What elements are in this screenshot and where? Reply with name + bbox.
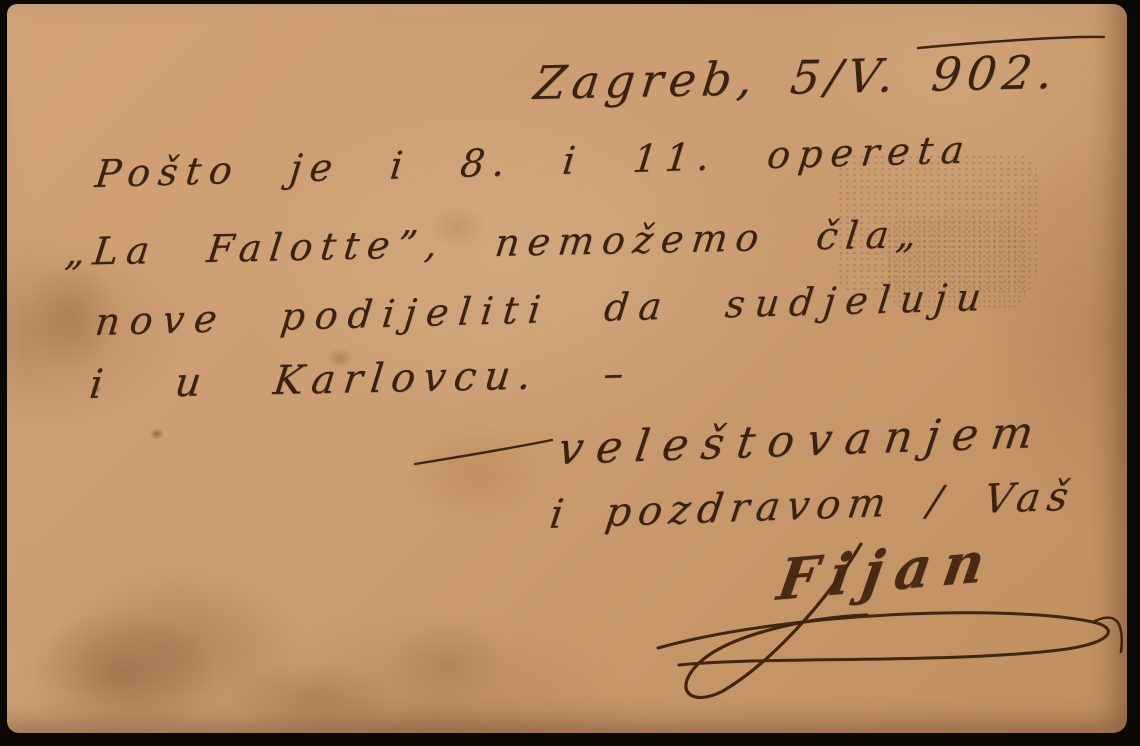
body-line-1: Pošto je i 8. i 11. opereta bbox=[93, 127, 974, 196]
dateline: Zagreb, 5/V. 902. bbox=[531, 45, 1062, 110]
signature-flourish-underline bbox=[658, 613, 1108, 665]
paper-stain bbox=[387, 624, 507, 704]
closing-line-1: veleštovanjem bbox=[555, 407, 1050, 475]
paper-stain bbox=[407, 424, 547, 524]
paper-stain bbox=[227, 664, 397, 734]
signature: Fijan bbox=[773, 528, 1001, 614]
body-line-4: i u Karlovcu. – bbox=[87, 351, 634, 408]
postcard: Zagreb, 5/V. 902. Pošto je i 8. i 11. op… bbox=[7, 4, 1127, 733]
signature-flourish-tail bbox=[1093, 618, 1122, 652]
body-line-3: nove podijeliti da sudjeluju bbox=[93, 275, 993, 344]
paper-stain bbox=[150, 428, 164, 440]
scan-background: Zagreb, 5/V. 902. Pošto je i 8. i 11. op… bbox=[0, 0, 1140, 746]
body-line-2: „La Falotte”, nemožemo čla„ bbox=[63, 212, 927, 274]
paper-stain bbox=[47, 564, 307, 734]
closing-lead-swash bbox=[415, 440, 552, 464]
